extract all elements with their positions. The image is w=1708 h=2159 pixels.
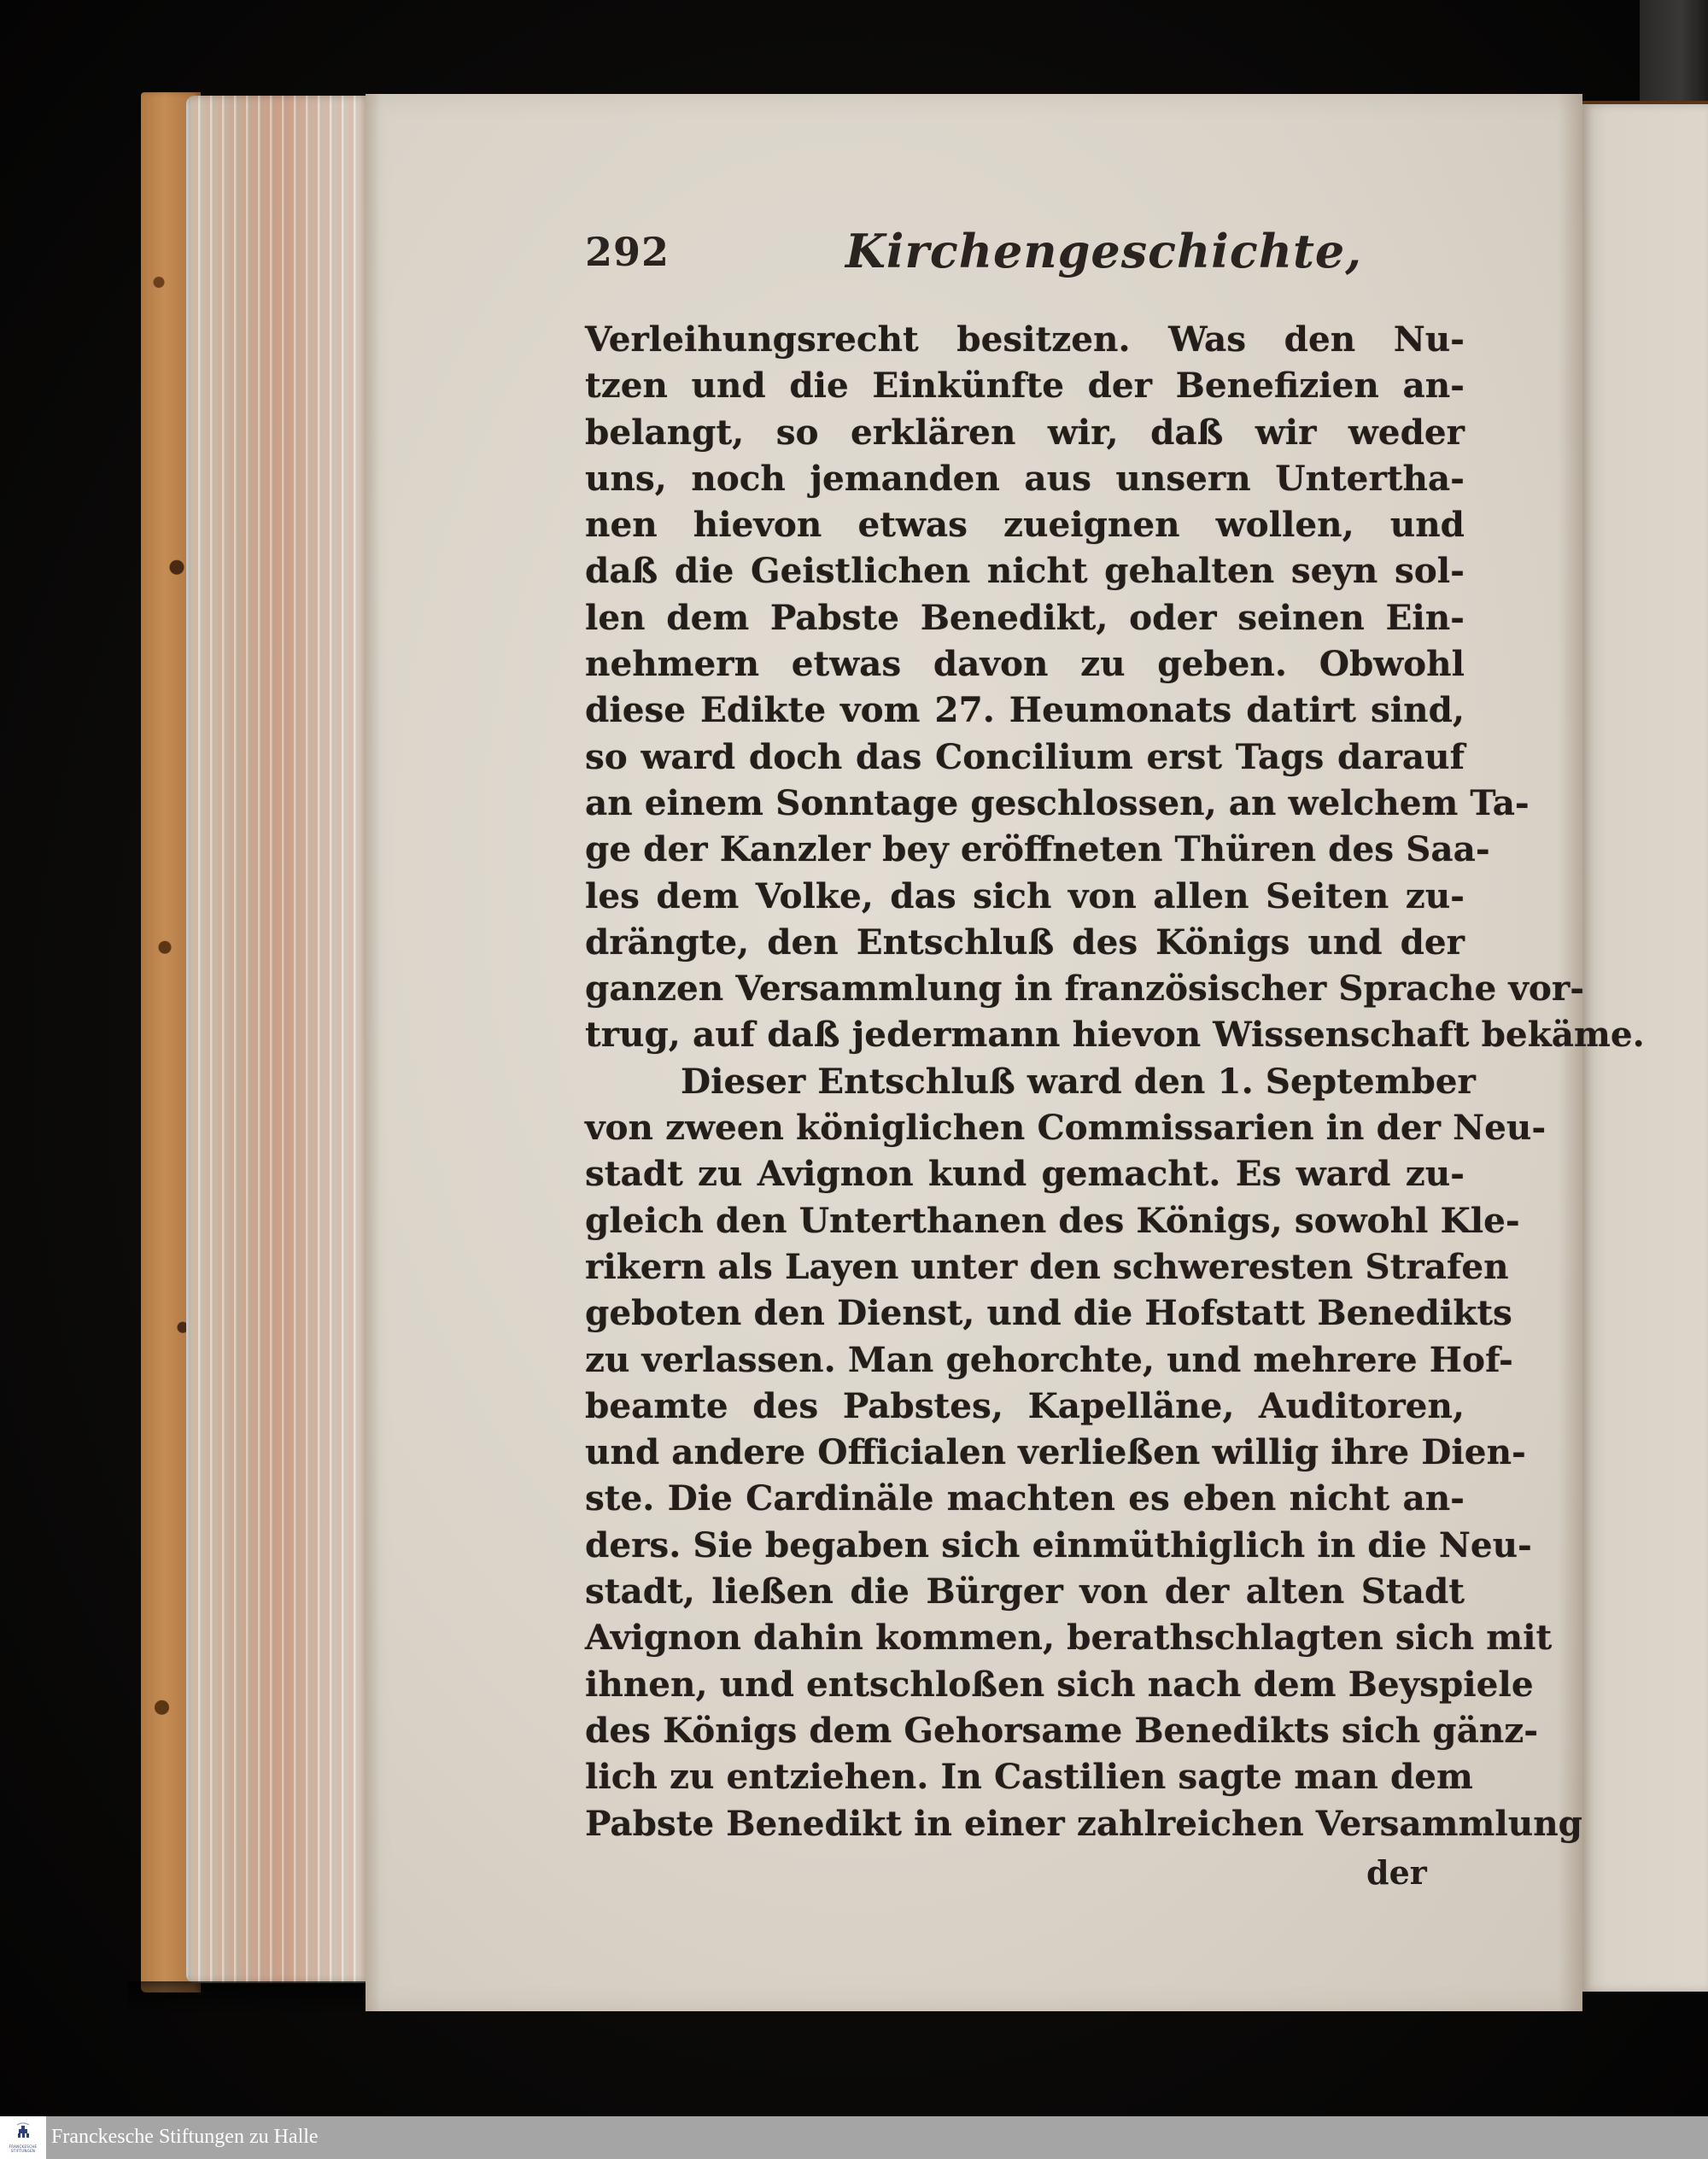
text-line: uns, noch jemanden aus unsern Untertha- xyxy=(585,455,1465,501)
paragraph-start-line: Dieser Entschluß ward den 1. September xyxy=(585,1058,1465,1104)
text-line: daß die Geistlichen nicht gehalten seyn … xyxy=(585,547,1465,594)
viewer-footer: FRANCKESCHE STIFTUNGEN Franckesche Stift… xyxy=(0,2116,1708,2159)
text-line: beamte des Pabstes, Kapelläne, Auditoren… xyxy=(585,1383,1465,1429)
text-line: ihnen, und entschloßen sich nach dem Bey… xyxy=(585,1661,1465,1707)
text-line: Pabste Benedikt in einer zahlreichen Ver… xyxy=(585,1800,1465,1846)
institution-logo[interactable]: FRANCKESCHE STIFTUNGEN xyxy=(0,2116,46,2159)
logo-text-line-2: STIFTUNGEN xyxy=(2,2149,44,2153)
book-shadow xyxy=(128,1981,384,2016)
text-line: und andere Officialen verließen willig i… xyxy=(585,1429,1465,1475)
page-block-edges xyxy=(186,96,366,1983)
page-number: 292 xyxy=(585,229,670,275)
text-line: gleich den Unterthanen des Königs, sowoh… xyxy=(585,1197,1465,1243)
text-line: stadt, ließen die Bürger von der alten S… xyxy=(585,1568,1465,1614)
text-line: zu verlassen. Man gehorchte, und mehrere… xyxy=(585,1337,1465,1383)
text-line: an einem Sonntage geschlossen, an welche… xyxy=(585,780,1465,826)
text-line: len dem Pabste Benedikt, oder seinen Ein… xyxy=(585,594,1465,641)
text-line: nehmern etwas davon zu geben. Obwohl xyxy=(585,641,1465,687)
body-text: Verleihungsrecht besitzen. Was den Nu- t… xyxy=(585,316,1465,1846)
text-line: diese Edikte vom 27. Heumonats datirt si… xyxy=(585,687,1465,733)
text-line: stadt zu Avignon kund gemacht. Es ward z… xyxy=(585,1150,1465,1197)
text-line: nen hievon etwas zueignen wollen, und xyxy=(585,501,1465,547)
catchword: der xyxy=(1366,1853,1427,1892)
text-line: des Königs dem Gehorsame Benedikts sich … xyxy=(585,1707,1465,1753)
text-line: belangt, so erklären wir, daß wir weder xyxy=(585,409,1465,455)
text-line: Verleihungsrecht besitzen. Was den Nu- xyxy=(585,316,1465,362)
running-title: Kirchengeschichte, xyxy=(845,224,1362,278)
institution-name: Franckesche Stiftungen zu Halle xyxy=(51,2126,319,2149)
text-line: rikern als Layen unter den schweresten S… xyxy=(585,1243,1465,1290)
text-line: ganzen Versammlung in französischer Spra… xyxy=(585,965,1465,1011)
text-line: ste. Die Cardinäle machten es eben nicht… xyxy=(585,1475,1465,1521)
text-line: so ward doch das Concilium erst Tags dar… xyxy=(585,734,1465,780)
text-line: lich zu entziehen. In Castilien sagte ma… xyxy=(585,1753,1465,1799)
text-line: drängte, den Entschluß des Königs und de… xyxy=(585,919,1465,965)
text-line: Avignon dahin kommen, berathschlagten si… xyxy=(585,1614,1465,1660)
franckesche-stiftungen-logo-icon xyxy=(15,2121,31,2139)
running-head: 292 Kirchengeschichte, xyxy=(585,224,1456,284)
text-line: les dem Volke, das sich von allen Seiten… xyxy=(585,873,1465,919)
scan-viewport: 292 Kirchengeschichte, Verleihungsrecht … xyxy=(0,0,1708,2116)
text-line: ge der Kanzler bey eröffneten Thüren des… xyxy=(585,826,1465,872)
logo-text: FRANCKESCHE STIFTUNGEN xyxy=(2,2144,44,2153)
text-line: tzen und die Einkünfte der Benefizien an… xyxy=(585,362,1465,408)
text-line: ders. Sie begaben sich einmüthiglich in … xyxy=(585,1522,1465,1568)
text-line: von zween königlichen Commissarien in de… xyxy=(585,1104,1465,1150)
text-line: trug, auf daß jedermann hievon Wissensch… xyxy=(585,1011,1465,1057)
text-line: geboten den Dienst, und die Hofstatt Ben… xyxy=(585,1290,1465,1336)
